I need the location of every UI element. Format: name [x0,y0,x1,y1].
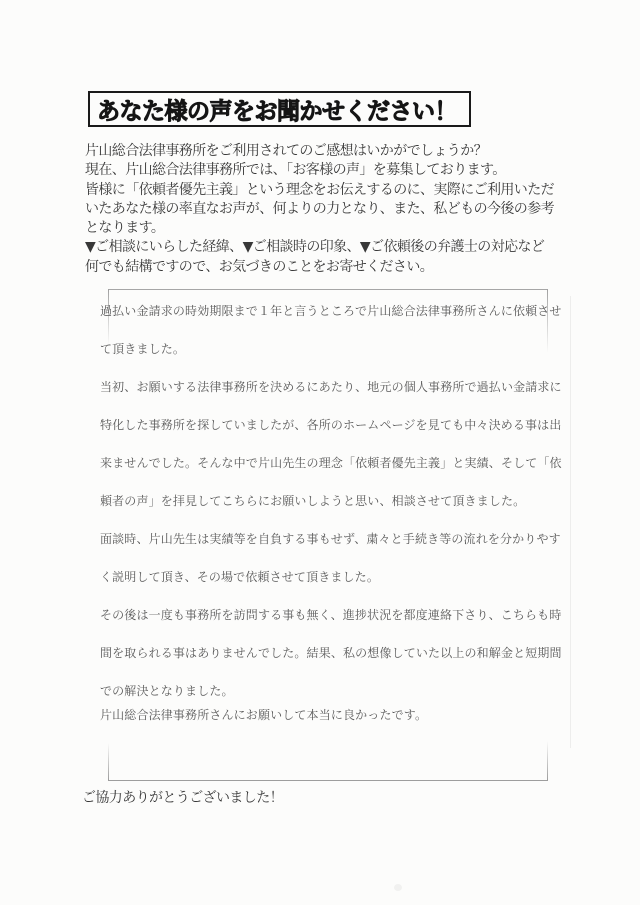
intro-paragraph: 片山総合法律事務所をご利用されてのご感想はいかがでしょうか？ 現在、片山総合法律… [85,142,575,277]
testimonial-line: 間を取られる事はありませんでした。結果、私の想像していた以上の和解金と短期間 [100,645,566,683]
page-title-box: あなた様の声をお聞かせください！ [88,91,471,127]
scanned-feedback-page: あなた様の声をお聞かせください！ 片山総合法律事務所をご利用されてのご感想はいか… [0,0,640,905]
testimonial-line: 特化した事務所を探していましたが、各所のホームページを見ても中々決める事は出 [100,417,566,455]
testimonial-line: く説明して頂き、その場で依頼させて頂きました。 [100,569,566,607]
testimonial-line: 頼者の声」を拝見してこちらにお願いしようと思い、相談させて頂きました。 [100,493,566,531]
intro-line: ▼ご相談にいらした経緯、▼ご相談時の印象、▼ご依頼後の弁護士の対応など [85,238,575,257]
closing-text: ご協力ありがとうございました！ [82,787,283,807]
testimonial-line: 来ませんでした。そんな中で片山先生の理念「依頼者優先主義」と実績、そして「依 [100,455,566,493]
testimonial-line: 当初、お願いする法律事務所を決めるにあたり、地元の個人事務所で過払い金請求に [100,379,566,417]
testimonial-text: 過払い金請求の時効期限まで１年と言うところで片山総合法律事務所さんに依頼させ て… [100,303,566,745]
scan-smudge [394,884,402,891]
testimonial-box-edge [547,741,548,780]
testimonial-line: て頂きました。 [100,341,566,379]
intro-line: いたあなた様の率直なお声が、何よりの力となり、また、私どもの今後の参考 [85,200,575,219]
testimonial-line: その後は一度も事務所を訪問する事も無く、進捗状況を都度連絡下さり、こちらも時 [100,607,566,645]
intro-line: 片山総合法律事務所をご利用されてのご感想はいかがでしょうか？ [85,142,575,161]
testimonial-line: 過払い金請求の時効期限まで１年と言うところで片山総合法律事務所さんに依頼させ [100,303,566,341]
intro-line: となります。 [85,219,575,238]
intro-line: 何でも結構ですので、お気づきのことをお寄せください。 [85,258,575,277]
testimonial-line: 片山総合法律事務所さんにお願いして本当に良かったです。 [100,707,566,745]
intro-line: 現在、片山総合法律事務所では、「お客様の声」を募集しております。 [85,161,575,180]
page-title: あなた様の声をお聞かせください！ [97,92,457,126]
testimonial-box-edge [108,743,109,780]
scan-fold-line [570,296,571,748]
testimonial-line: 面談時、片山先生は実績等を自負する事もせず、粛々と手続き等の流れを分かりやす [100,531,566,569]
intro-line: 皆様に「依頼者優先主義」という理念をお伝えするのに、実際にご利用いただ [85,181,575,200]
